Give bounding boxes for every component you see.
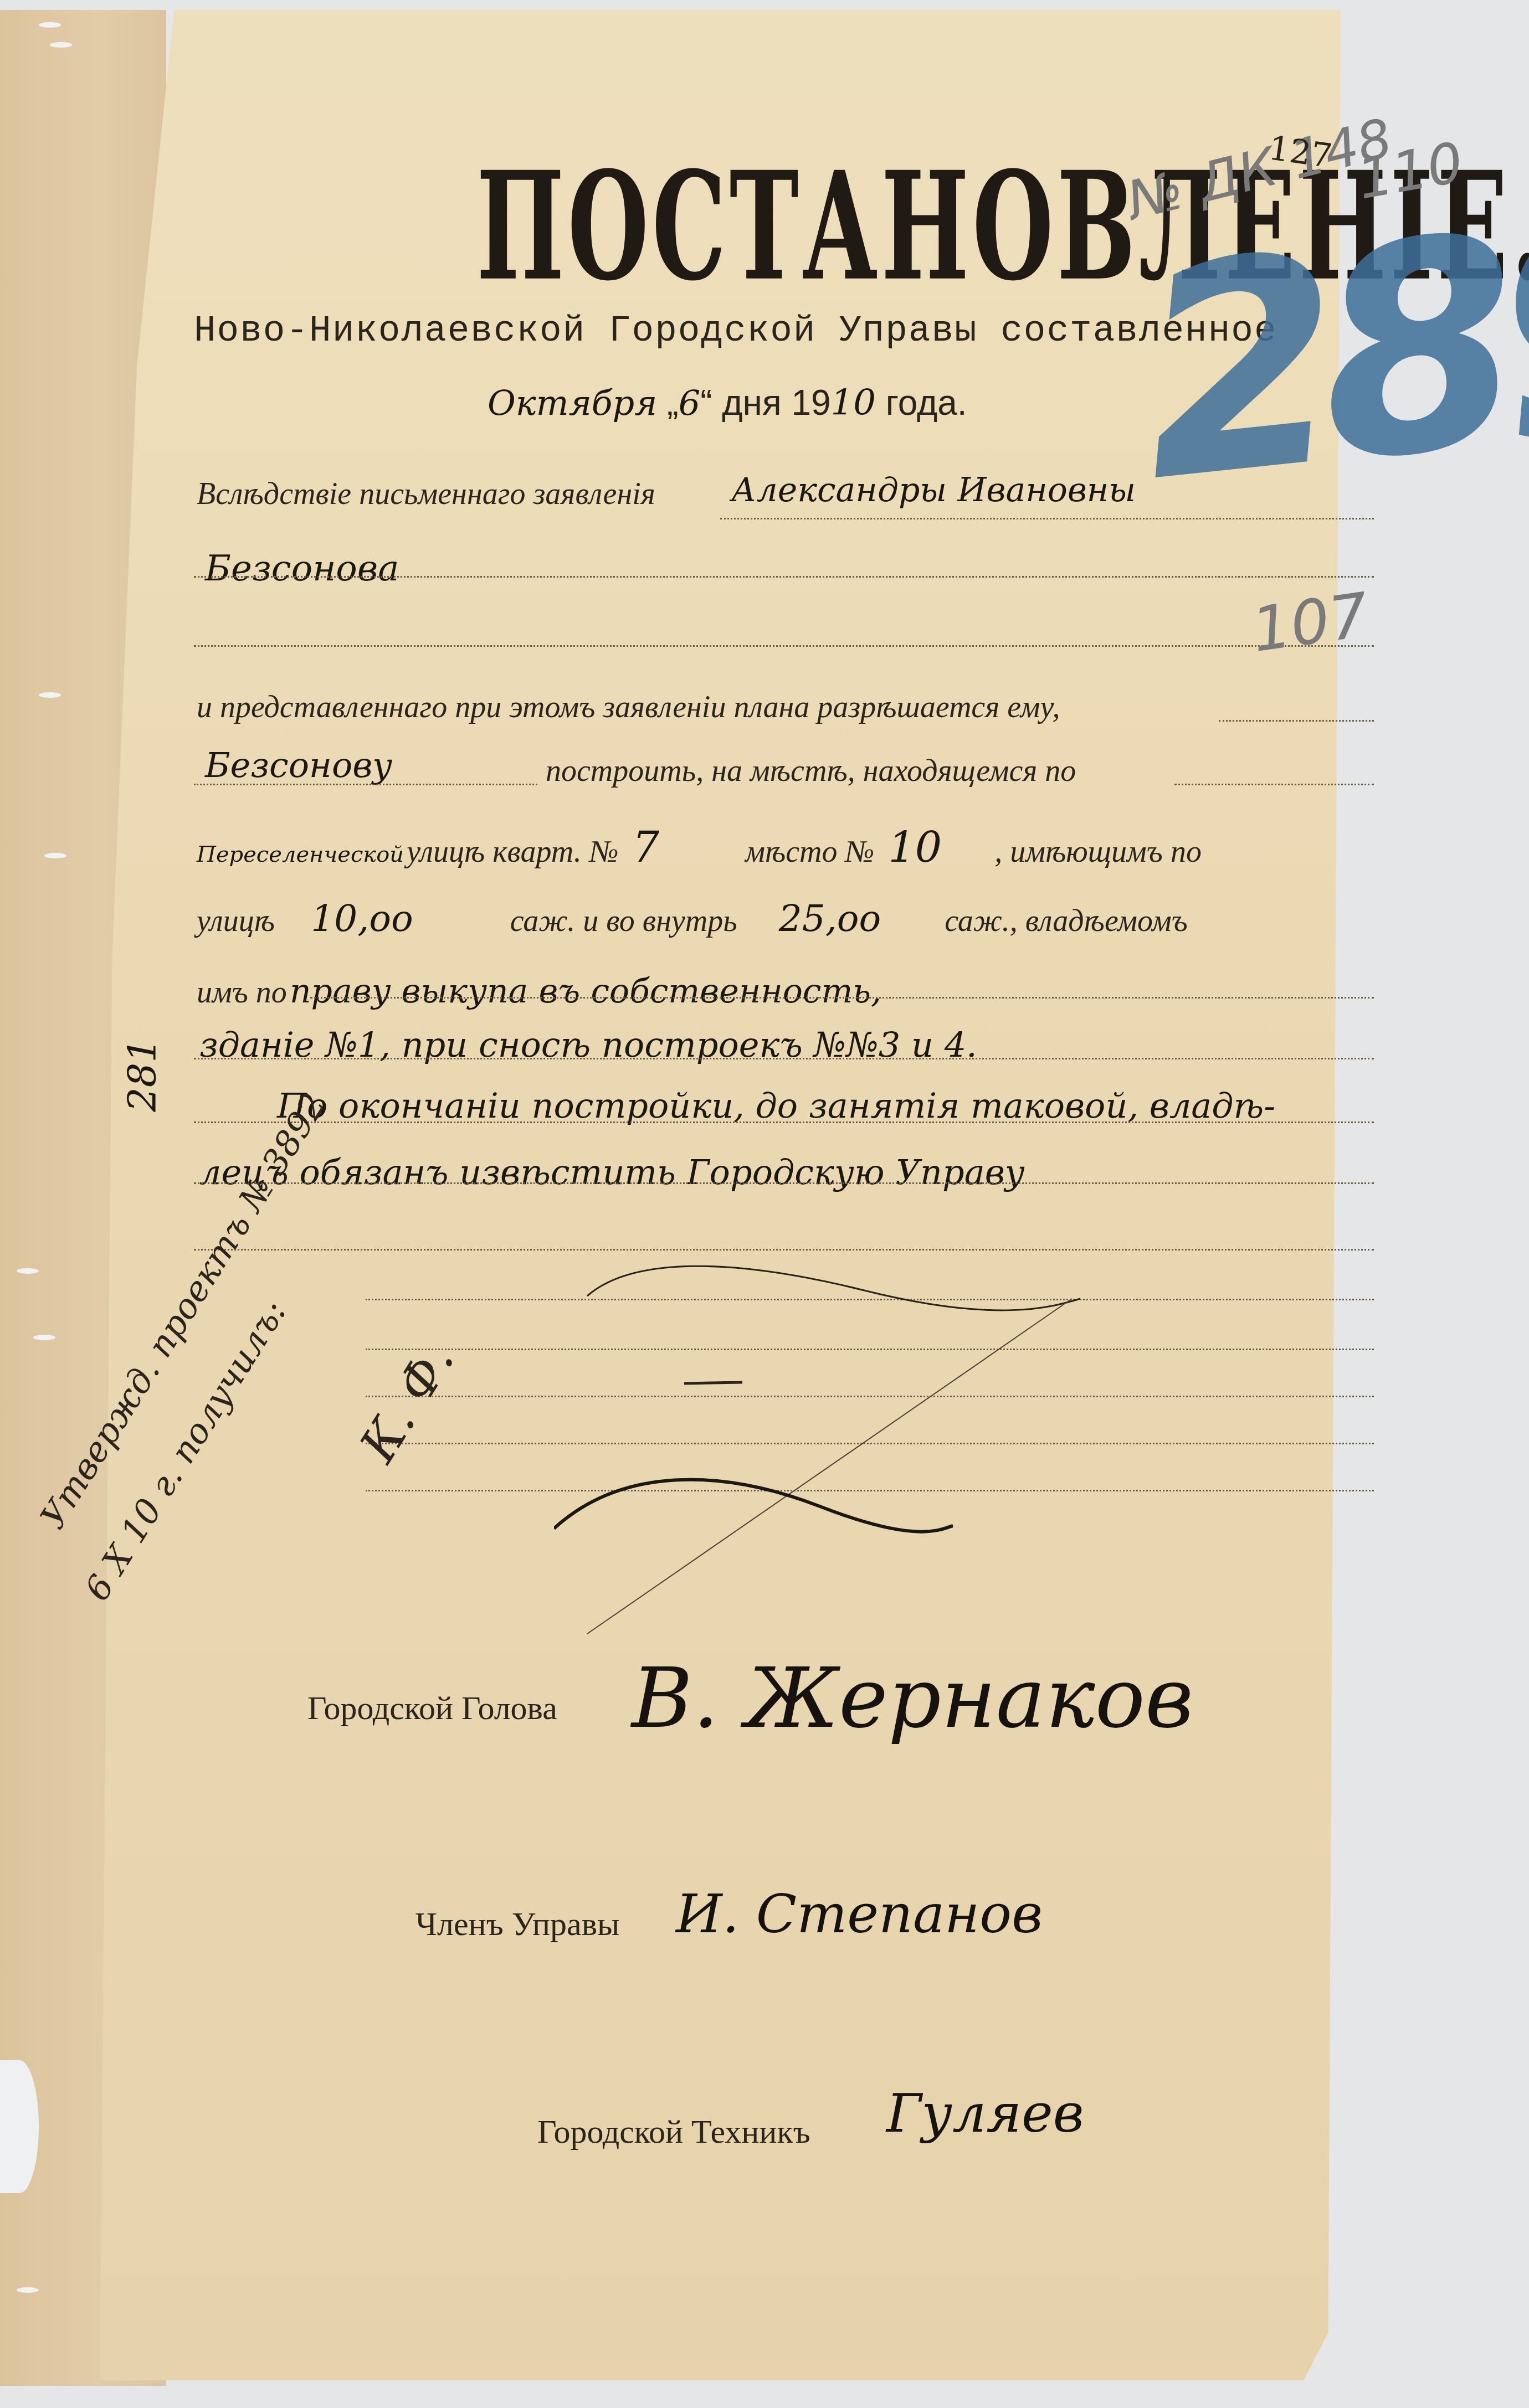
ownership-value: праву выкупа въ собственность, [290,972,881,1011]
place-label: мѣсто № [745,835,874,869]
date-line: Октября „6“ дня 1910 года. [488,382,967,424]
fill-line [194,576,1374,578]
date-month: Октября [488,383,657,423]
date-printed-mid: дня 19 [722,383,830,423]
fill-line [1219,720,1374,722]
having-label: , имѣющимъ по [994,835,1202,869]
fill-line [194,1058,1374,1059]
quarter-number: 7 [633,822,659,872]
paper-tear [0,2060,39,2193]
frontage-value: 10,оо [311,897,413,940]
technician-label: Городской Техникъ [537,2113,810,2151]
punch-hole [33,1335,55,1340]
ownership-label: имъ по [197,975,287,1010]
body-line-4-print: построить, на мѣстѣ, находящемся по [546,753,1076,789]
fill-line [1174,784,1374,785]
notice-line-1: По окончаніи постройки, до занятія таков… [277,1085,1275,1126]
fill-line [194,645,1374,647]
fill-line [194,1121,1374,1123]
street-name: Переселенческой [197,842,404,867]
applicant-name: Александры Ивановны [731,471,1136,510]
street-label: улицѣ кварт. № [407,835,618,869]
member-label: Членъ Управы [415,1905,619,1943]
applicant-surname: Безсонова [205,548,399,589]
fill-line [194,784,537,785]
date-day: 6 [679,383,700,423]
blue-crayon-number: 289 [1125,156,1529,546]
sazh-label-2: саж., владѣемомъ [945,904,1187,938]
body-line-3-print: и представленнаго при этомъ заявленіи пл… [197,690,1060,725]
sazh-label-1: саж. и во внутрь [510,904,737,938]
fill-line [310,997,1374,999]
technician-signature: Гуляев [886,2082,1084,2144]
punch-hole [39,692,61,698]
cancellation-flourish [554,1246,1385,1645]
depth-value: 25,оо [779,897,881,940]
date-printed-end: года. [886,383,967,423]
member-signature: И. Степанов [676,1883,1043,1945]
punch-hole [39,22,61,28]
mayor-label: Городской Голова [307,1689,557,1727]
punch-hole [44,853,66,858]
frontage-label: улицѣ [197,904,275,938]
punch-hole [50,42,72,48]
pencil-margin-number: 107 [1248,579,1373,666]
fill-line [194,1182,1374,1184]
dimensions-row: улицѣ 10,оо саж. и во внутрь 25,оо саж.,… [197,897,1188,940]
street-row: Переселенческой улицѣ кварт. № 7 мѣсто №… [197,822,1202,872]
notice-line-2: лецъ обязанъ извѣстить Городскую Управу [199,1152,1025,1192]
date-year: 10 [831,383,876,424]
body-line-1-print: Вслѣдствіе письменнаго заявленія [197,476,655,512]
mayor-signature: В. Жернаков [632,1650,1193,1747]
left-margin-number: 281 [120,1038,165,1112]
punch-hole [17,2287,39,2293]
punch-hole [17,1268,39,1274]
place-number: 10 [888,822,942,872]
document-subtitle: Ново-Николаевской Городской Управы соста… [194,310,1277,352]
ownership-row: имъ по праву выкупа въ собственность, [197,972,881,1011]
permit-holder: Безсонову [205,745,392,785]
